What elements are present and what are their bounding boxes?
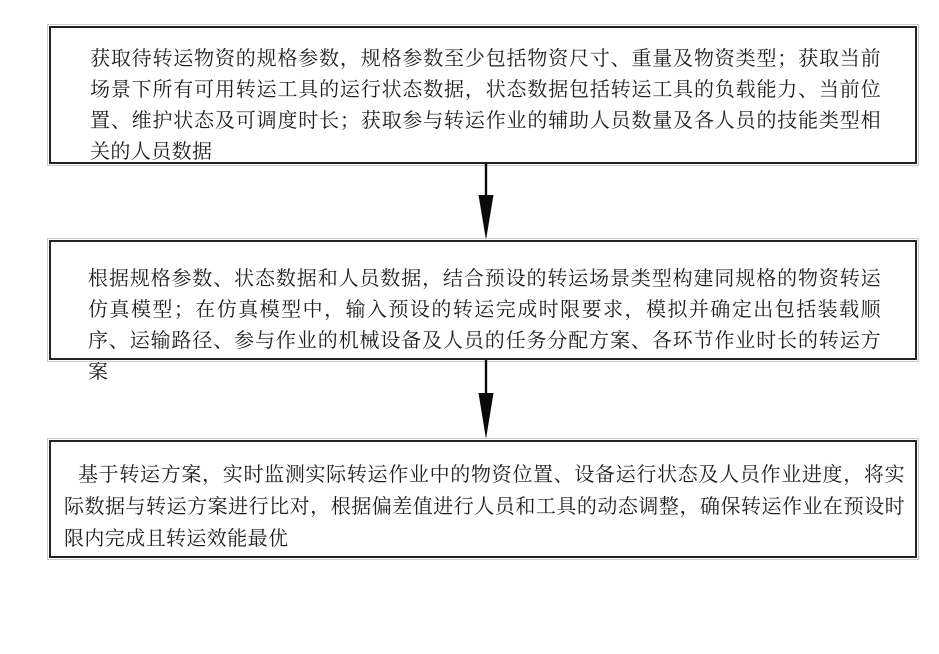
flow-step-1: 获取待转运物资的规格参数，规格参数至少包括物资尺寸、重量及物资类型；获取当前场景… (49, 26, 917, 164)
flow-step-1-text: 获取待转运物资的规格参数，规格参数至少包括物资尺寸、重量及物资类型；获取当前场景… (51, 28, 915, 168)
down-arrow-icon (475, 360, 497, 440)
flow-step-3: 基于转运方案，实时监测实际转运作业中的物资位置、设备运行状态及人员作业进度，将实… (49, 440, 917, 558)
flow-step-2: 根据规格参数、状态数据和人员数据，结合预设的转运场景类型构建同规格的物资转运仿真… (49, 240, 917, 360)
down-arrow-icon (475, 163, 497, 240)
flow-step-3-text: 基于转运方案，实时监测实际转运作业中的物资位置、设备运行状态及人员作业进度，将实… (51, 442, 915, 555)
flowchart-canvas: 获取待转运物资的规格参数，规格参数至少包括物资尺寸、重量及物资类型；获取当前场景… (0, 0, 939, 654)
